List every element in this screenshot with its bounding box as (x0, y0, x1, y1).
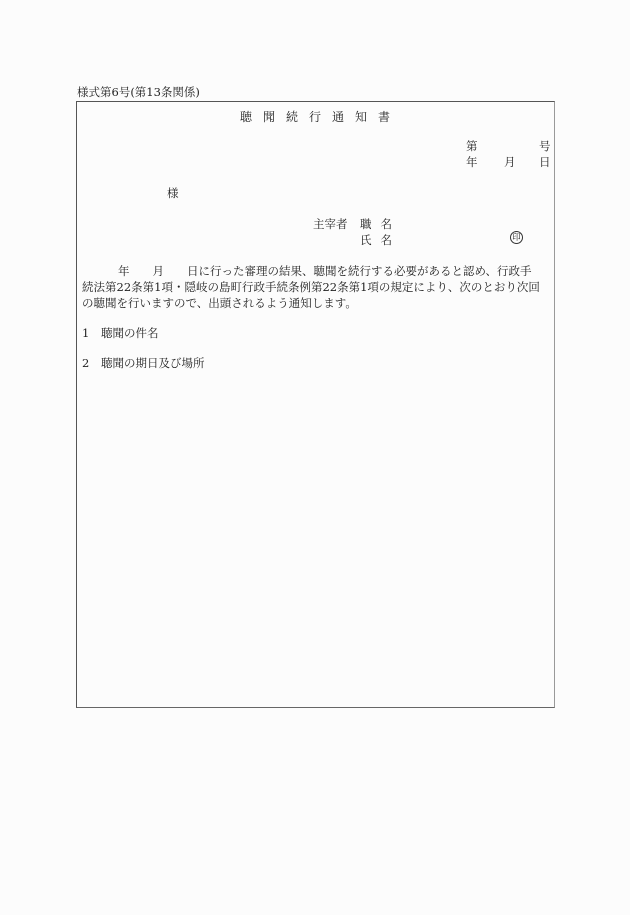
body-line-2: 続法第22条第1項・隠岐の島町行政手続条例第22条第1項の規定により、次のとおり… (82, 279, 552, 295)
document-title: 聴聞続行通知書 (240, 108, 401, 125)
issuer-name-label: 氏名 (360, 232, 401, 248)
date-month-label: 月 (504, 154, 516, 170)
list-item-hearing-date-place: 2聴聞の期日及び場所 (82, 355, 205, 371)
item-label: 聴聞の件名 (101, 326, 159, 340)
seal-icon: 印 (510, 231, 523, 244)
addressee-honorific: 様 (167, 185, 179, 201)
list-item-hearing-subject: 1聴聞の件名 (82, 325, 159, 341)
issuer-role: 主宰者 (313, 216, 348, 232)
document-frame (76, 101, 555, 708)
item-number: 1 (82, 326, 101, 340)
issuer-title-label: 職名 (360, 216, 401, 232)
notice-body: 年 月 日に行った審理の結果、聴聞を続行する必要があると認め、行政手 続法第22… (82, 263, 552, 311)
date-day-label: 日 (539, 154, 551, 170)
doc-number-prefix: 第 (466, 138, 478, 154)
body-line-1: 年 月 日に行った審理の結果、聴聞を続行する必要があると認め、行政手 (82, 263, 552, 279)
item-number: 2 (82, 356, 101, 370)
doc-number-suffix: 号 (539, 138, 551, 154)
item-label: 聴聞の期日及び場所 (101, 356, 205, 370)
form-number-label: 様式第6号(第13条関係) (77, 84, 200, 100)
date-year-label: 年 (466, 154, 478, 170)
body-line-3: の聴聞を行いますので、出頭されるよう通知します。 (82, 295, 552, 311)
